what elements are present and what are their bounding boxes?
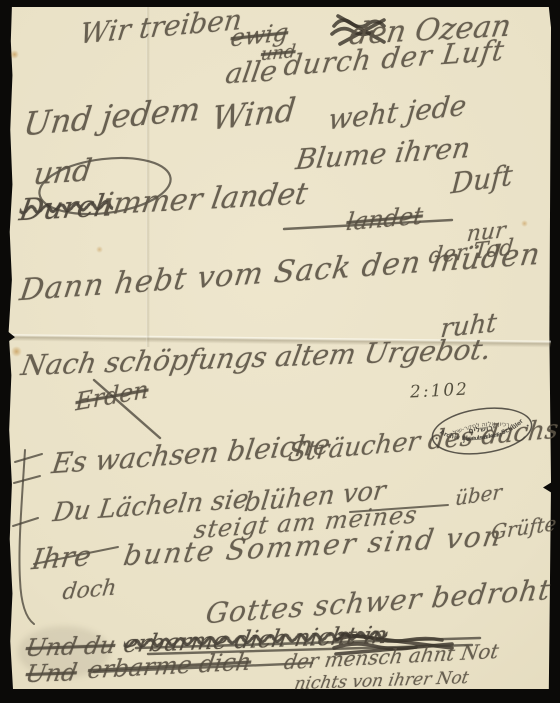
manuscript-page <box>7 7 551 689</box>
stamp-dot <box>527 424 529 426</box>
archive-stamp: ארכיון אלזה לסקר-שילר ירושלים Jerusalem … <box>422 400 542 462</box>
pencil-smudge <box>18 626 110 678</box>
stain <box>96 246 103 253</box>
stamp-dot <box>435 437 437 439</box>
stain <box>521 220 528 227</box>
fold-crease-vertical <box>146 7 150 347</box>
scan-background: { "scan": { "background_color": "#0b0a08… <box>0 0 560 703</box>
stain <box>11 346 22 357</box>
stain <box>10 50 19 59</box>
